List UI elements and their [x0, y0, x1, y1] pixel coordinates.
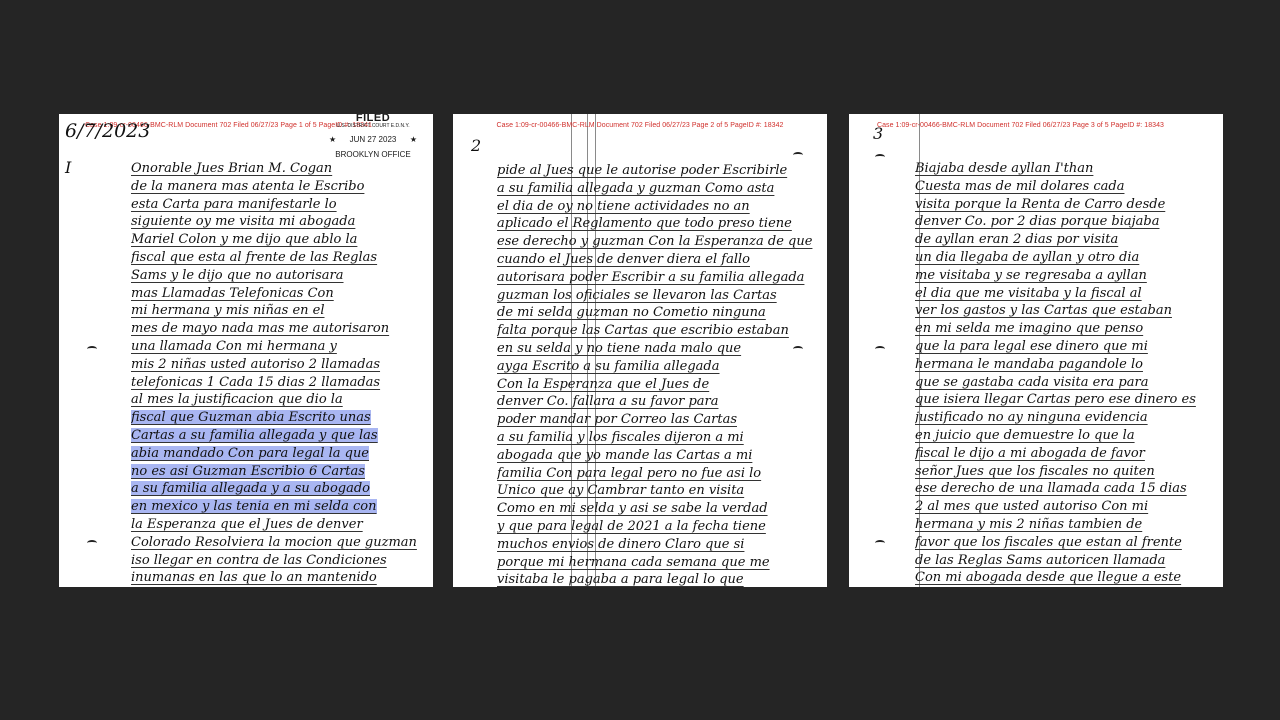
filed-stamp: FILED U.S. DISTRICT COURT E.D.N.Y. ★ JUN…	[325, 114, 421, 159]
text-line: de ayllan eran 2 dias por visita	[915, 231, 1213, 249]
stamp-court: U.S. DISTRICT COURT E.D.N.Y.	[325, 123, 421, 129]
text-line: telefonicas 1 Cada 15 dias 2 llamadas	[131, 374, 423, 392]
text-line: el dia que me visitaba y la fiscal al	[915, 285, 1213, 303]
text-line: que se gastaba cada visita era para	[915, 374, 1213, 392]
text-line: familia Con para legal pero no fue asi l…	[497, 465, 817, 483]
hole-punch-mark	[87, 346, 97, 352]
hole-punch-mark	[793, 152, 803, 158]
text-line: poder mandar por Correo las Cartas	[497, 411, 817, 429]
text-line: aplicado el Reglamento que todo preso ti…	[497, 215, 817, 233]
hole-punch-mark	[875, 540, 885, 546]
text-line: de las Reglas Sams autoricen llamada	[915, 552, 1213, 570]
text-line: Con mi abogada desde que llegue a este	[915, 569, 1213, 587]
text-line: al mes la justificacion que dio la	[131, 391, 423, 409]
text-line: 2 al mes que usted autoriso Con mi	[915, 498, 1213, 516]
text-line: Con la Esperanza que el Jues de	[497, 376, 817, 394]
text-line: falta porque las Cartas que escribio est…	[497, 322, 817, 340]
text-line: ese derecho de una llamada cada 15 dias	[915, 480, 1213, 498]
text-line: favor que los fiscales que estan al fren…	[915, 534, 1213, 552]
text-line: pide al Jues que le autorise poder Escri…	[497, 162, 817, 180]
handwritten-page-number: 3	[873, 124, 883, 143]
text-line: el dia de oy no tiene actividades no an	[497, 198, 817, 216]
text-line: autorisara poder Escribir a su familia a…	[497, 269, 817, 287]
text-line: Colorado Resolviera la mocion que guzman	[131, 534, 423, 552]
hole-punch-mark	[87, 540, 97, 546]
text-line: justificado no ay ninguna evidencia	[915, 409, 1213, 427]
text-line: y que para legal de 2021 a la fecha tien…	[497, 518, 817, 536]
hole-punch-mark	[875, 154, 885, 160]
handwritten-text: pide al Jues que le autorise poder Escri…	[497, 162, 817, 587]
text-line: hermana le mandaba pagandole lo	[915, 356, 1213, 374]
text-line: guzman los oficiales se llevaron las Car…	[497, 287, 817, 305]
text-line: mes de mayo nada mas me autorisaron	[131, 320, 423, 338]
highlighted-text-line[interactable]: en mexico y las tenia en mi selda con	[131, 498, 423, 516]
document-page-1: Case 1:09-cr-00466-BMC-RLM Document 702 …	[59, 114, 433, 587]
highlighted-text-line[interactable]: abia mandado Con para legal la que	[131, 445, 423, 463]
text-line: fiscal que esta al frente de las Reglas	[131, 249, 423, 267]
text-line: mi hermana y mis niñas en el	[131, 302, 423, 320]
text-line: denver Co. por 2 dias porque biajaba	[915, 213, 1213, 231]
text-line: inumanas en las que lo an mantenido	[131, 569, 423, 587]
text-line: ver los gastos y las Cartas que estaban	[915, 302, 1213, 320]
text-line: esta Carta para manifestarle lo	[131, 196, 423, 214]
text-line: cuando el Jues de denver diera el fallo	[497, 251, 817, 269]
text-line: un dia llegaba de ayllan y otro dia	[915, 249, 1213, 267]
stamp-date: JUN 27 2023	[350, 135, 397, 144]
text-line: Onorable Jues Brian M. Cogan	[131, 160, 423, 178]
text-line: mas Llamadas Telefonicas Con	[131, 285, 423, 303]
text-line: porque mi hermana cada semana que me	[497, 554, 817, 572]
text-line: Biajaba desde ayllan I'than	[915, 160, 1213, 178]
text-line: que la para legal ese dinero que mi	[915, 338, 1213, 356]
handwritten-page-number: I	[65, 158, 71, 177]
text-line: siguiente oy me visita mi abogada	[131, 213, 423, 231]
text-line: una llamada Con mi hermana y	[131, 338, 423, 356]
hole-punch-mark	[875, 346, 885, 352]
text-line: a su familia y los fiscales dijeron a mi	[497, 429, 817, 447]
text-line: en juicio que demuestre lo que la	[915, 427, 1213, 445]
star-icon: ★	[329, 135, 336, 144]
case-header: Case 1:09-cr-00466-BMC-RLM Document 702 …	[453, 122, 827, 129]
text-line: Sams y le dijo que no autorisara	[131, 267, 423, 285]
text-line: visitaba le pagaba a para legal lo que	[497, 571, 817, 587]
highlighted-text-line[interactable]: Cartas a su familia allegada y que las	[131, 427, 423, 445]
text-line: Como en mi selda y asi se sabe la verdad	[497, 500, 817, 518]
text-line: iso llegar en contra de las Condiciones	[131, 552, 423, 570]
text-line: en su selda y no tiene nada malo que	[497, 340, 817, 358]
text-line: mis 2 niñas usted autoriso 2 llamadas	[131, 356, 423, 374]
text-line: Mariel Colon y me dijo que ablo la	[131, 231, 423, 249]
text-line: me visitaba y se regresaba a ayllan	[915, 267, 1213, 285]
text-line: en mi selda me imagino que penso	[915, 320, 1213, 338]
text-line: a su familia allegada y guzman Como asta	[497, 180, 817, 198]
text-line: fiscal le dijo a mi abogada de favor	[915, 445, 1213, 463]
text-line: ayga Escrito a su familia allegada	[497, 358, 817, 376]
document-page-2: Case 1:09-cr-00466-BMC-RLM Document 702 …	[453, 114, 827, 587]
handwritten-text: Biajaba desde ayllan I'than Cuesta mas d…	[915, 160, 1213, 587]
case-header: Case 1:09-cr-00466-BMC-RLM Document 702 …	[877, 122, 1164, 129]
text-line: de la manera mas atenta le Escribo	[131, 178, 423, 196]
highlighted-text-line[interactable]: no es asi Guzman Escribio 6 Cartas	[131, 463, 423, 481]
text-line: que isiera llegar Cartas pero ese dinero…	[915, 391, 1213, 409]
highlighted-text-line[interactable]: fiscal que Guzman abia Escrito unas	[131, 409, 423, 427]
text-line: Unico que ay Cambrar tanto en visita	[497, 482, 817, 500]
handwritten-text: Onorable Jues Brian M. Cogan de la maner…	[131, 160, 423, 587]
text-line: muchos envios de dinero Claro que si	[497, 536, 817, 554]
star-icon: ★	[410, 135, 417, 144]
highlighted-text-line[interactable]: a su familia allegada y a su abogado	[131, 480, 423, 498]
text-line: de mi selda guzman no Cometio ninguna	[497, 304, 817, 322]
text-line: hermana y mis 2 niñas tambien de	[915, 516, 1213, 534]
text-line: la Esperanza que el Jues de denver	[131, 516, 423, 534]
text-line: visita porque la Renta de Carro desde	[915, 196, 1213, 214]
stamp-date-line: ★ JUN 27 2023 ★	[325, 135, 421, 144]
text-line: ese derecho y guzman Con la Esperanza de…	[497, 233, 817, 251]
text-line: Cuesta mas de mil dolares cada	[915, 178, 1213, 196]
document-page-3: Case 1:09-cr-00466-BMC-RLM Document 702 …	[849, 114, 1223, 587]
stamp-office: BROOKLYN OFFICE	[325, 150, 421, 159]
text-line: denver Co. fallara a su favor para	[497, 393, 817, 411]
handwritten-date: 6/7/2023	[65, 120, 150, 142]
handwritten-page-number: 2	[471, 136, 481, 155]
text-line: abogada que yo mande las Cartas a mi	[497, 447, 817, 465]
text-line: señor Jues que los fiscales no quiten	[915, 463, 1213, 481]
